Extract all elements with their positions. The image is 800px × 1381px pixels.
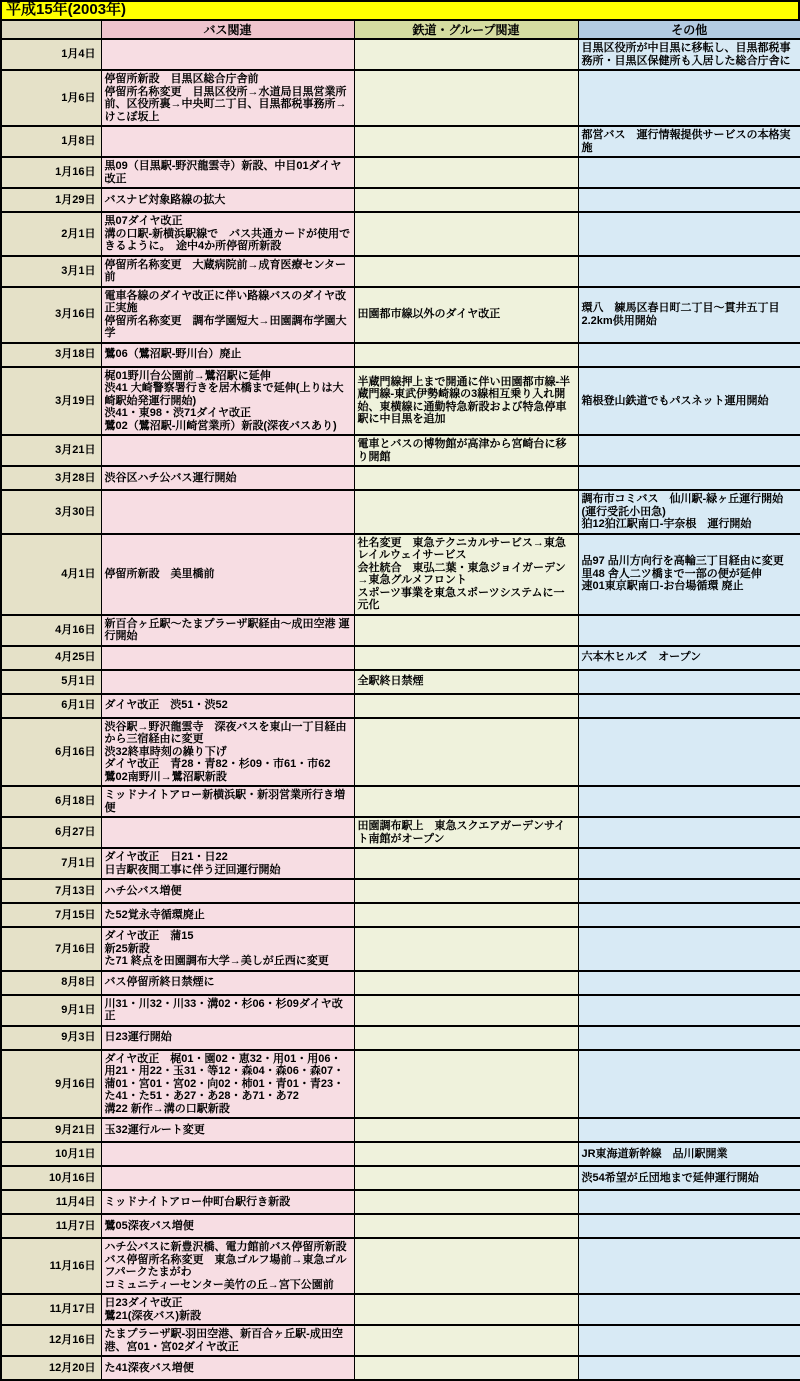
bus-event-cell	[101, 1166, 354, 1190]
table-row: 3月1日 停留所名称変更 大蔵病院前→成育医療センター前	[1, 256, 800, 287]
other-event-cell	[578, 212, 800, 256]
other-event-cell	[578, 1356, 800, 1380]
table-row: 1月8日 都営バス 運行情報提供サービスの本格実施	[1, 126, 800, 157]
rail-event-cell	[354, 1142, 578, 1166]
other-event-cell	[578, 670, 800, 694]
date-cell: 3月30日	[1, 490, 101, 534]
date-cell: 1月4日	[1, 39, 101, 70]
other-event-cell: 品97 品川方向行を高輪三丁目経由に変更 里48 舎人二ツ橋まで一部の便が延伸 …	[578, 534, 800, 615]
other-event-cell: 調布市コミバス 仙川駅-緑ヶ丘運行開始(運行受託小田急) 狛12狛江駅南口-宇奈…	[578, 490, 800, 534]
other-event-cell	[578, 188, 800, 212]
rail-event-cell	[354, 786, 578, 817]
rail-event-cell: 半蔵門線押上まで開通に伴い田園都市線-半蔵門線-東武伊勢崎線の3線相互乗り入れ開…	[354, 367, 578, 436]
bus-event-cell	[101, 435, 354, 466]
rail-event-cell	[354, 879, 578, 903]
bus-event-cell: 梶01野川台公園前→鷺沼駅に延伸 渋41 大崎警察署行きを居木橋まで延伸(上りは…	[101, 367, 354, 436]
other-event-cell	[578, 1294, 800, 1325]
bus-event-cell	[101, 1142, 354, 1166]
page-title: 平成15年(2003年)	[0, 0, 800, 19]
other-event-cell	[578, 1325, 800, 1356]
table-row: 3月30日 調布市コミバス 仙川駅-緑ヶ丘運行開始(運行受託小田急) 狛12狛江…	[1, 490, 800, 534]
bus-event-cell: 黒07ダイヤ改正 溝の口駅-新横浜駅線で バス共通カードが使用できるように。 途…	[101, 212, 354, 256]
table-row: 6月16日 渋谷駅→野沢龍雲寺 深夜バスを東山一丁目経由から三宿経由に変更 渋3…	[1, 718, 800, 787]
rail-event-cell	[354, 212, 578, 256]
table-row: 1月29日 バスナビ対象路線の拡大	[1, 188, 800, 212]
date-cell: 6月16日	[1, 718, 101, 787]
date-cell: 4月16日	[1, 615, 101, 646]
table-row: 11月17日 日23ダイヤ改正 鷺21(深夜バス)新設	[1, 1294, 800, 1325]
rail-event-cell	[354, 646, 578, 670]
bus-event-cell: 停留所新設 目黒区総合庁舎前 停留所名称変更 目黒区役所→水道局目黒営業所前、区…	[101, 70, 354, 126]
other-event-cell	[578, 848, 800, 879]
table-row: 9月1日 川31・川32・川33・溝02・杉06・杉09ダイヤ改正	[1, 995, 800, 1026]
date-cell: 9月1日	[1, 995, 101, 1026]
date-cell: 3月21日	[1, 435, 101, 466]
table-row: 4月16日 新百合ヶ丘駅〜たまプラーザ駅経由〜成田空港 運行開始	[1, 615, 800, 646]
bus-event-cell: バスナビ対象路線の拡大	[101, 188, 354, 212]
other-event-cell	[578, 817, 800, 848]
date-cell: 1月29日	[1, 188, 101, 212]
bus-event-cell: ミッドナイトアロー新横浜駅・新羽営業所行き増便	[101, 786, 354, 817]
other-event-cell	[578, 615, 800, 646]
other-event-cell	[578, 343, 800, 367]
other-event-cell: JR東海道新幹線 品川駅開業	[578, 1142, 800, 1166]
table-row: 4月1日 停留所新設 美里橋前 社名変更 東急テクニカルサービス→東急レイルウェ…	[1, 534, 800, 615]
table-row: 3月21日 電車とバスの博物館が高津から宮崎台に移り開館	[1, 435, 800, 466]
other-event-cell	[578, 466, 800, 490]
rail-event-cell	[354, 903, 578, 927]
date-cell: 3月28日	[1, 466, 101, 490]
date-cell: 7月1日	[1, 848, 101, 879]
rail-event-cell	[354, 1118, 578, 1142]
rail-event-cell	[354, 615, 578, 646]
other-event-cell	[578, 1214, 800, 1238]
other-event-cell	[578, 1118, 800, 1142]
table-row: 3月16日 電車各線のダイヤ改正に伴い路線バスのダイヤ改正実施 停留所名称変更 …	[1, 287, 800, 343]
bus-event-cell: 電車各線のダイヤ改正に伴い路線バスのダイヤ改正実施 停留所名称変更 調布学園短大…	[101, 287, 354, 343]
rail-event-cell	[354, 995, 578, 1026]
table-row: 7月1日 ダイヤ改正 日21・日22 日吉駅夜間工事に伴う迂回運行開始	[1, 848, 800, 879]
other-event-cell: 都営バス 運行情報提供サービスの本格実施	[578, 126, 800, 157]
bus-event-cell: 停留所新設 美里橋前	[101, 534, 354, 615]
bus-event-cell: ダイヤ改正 渋51・渋52	[101, 694, 354, 718]
date-cell: 6月27日	[1, 817, 101, 848]
table-row: 9月16日 ダイヤ改正 梶01・園02・恵32・用01・用06・用21・用22・…	[1, 1050, 800, 1119]
table-row: 7月16日 ダイヤ改正 蒲15 新25新設 た71 終点を田園調布大学→美しが丘…	[1, 927, 800, 971]
header-bus-column: バス関連	[101, 20, 354, 39]
other-event-cell: 六本木ヒルズ オープン	[578, 646, 800, 670]
other-event-cell: 目黒区役所が中目黒に移転し、目黒都税事務所・目黒区保健所も入居した総合庁舎に	[578, 39, 800, 70]
date-cell: 3月16日	[1, 287, 101, 343]
other-event-cell: 箱根登山鉄道でもパスネット運用開始	[578, 367, 800, 436]
other-event-cell	[578, 70, 800, 126]
bus-event-cell: 鷺06（鷺沼駅-野川台）廃止	[101, 343, 354, 367]
date-cell: 9月21日	[1, 1118, 101, 1142]
date-cell: 9月16日	[1, 1050, 101, 1119]
bus-event-cell: ハチ公バス増便	[101, 879, 354, 903]
other-event-cell	[578, 256, 800, 287]
bus-event-cell: 日23ダイヤ改正 鷺21(深夜バス)新設	[101, 1294, 354, 1325]
other-event-cell	[578, 718, 800, 787]
date-cell: 11月16日	[1, 1238, 101, 1294]
other-event-cell	[578, 786, 800, 817]
header-rail-column: 鉄道・グループ関連	[354, 20, 578, 39]
bus-event-cell	[101, 126, 354, 157]
bus-event-cell: 渋谷駅→野沢龍雲寺 深夜バスを東山一丁目経由から三宿経由に変更 渋32終車時刻の…	[101, 718, 354, 787]
table-row: 9月21日 玉32運行ルート変更	[1, 1118, 800, 1142]
timeline-table: バス関連 鉄道・グループ関連 その他 1月4日 目黒区役所が中目黒に移転し、目黒…	[0, 19, 800, 1381]
header-date-column	[1, 20, 101, 39]
rail-event-cell	[354, 343, 578, 367]
date-cell: 12月16日	[1, 1325, 101, 1356]
date-cell: 12月20日	[1, 1356, 101, 1380]
date-cell: 4月25日	[1, 646, 101, 670]
bus-event-cell: 黒09（目黒駅-野沢龍雲寺）新設、中目01ダイヤ改正	[101, 157, 354, 188]
rail-event-cell	[354, 39, 578, 70]
rail-event-cell: 田園都市線以外のダイヤ改正	[354, 287, 578, 343]
bus-event-cell: 新百合ヶ丘駅〜たまプラーザ駅経由〜成田空港 運行開始	[101, 615, 354, 646]
rail-event-cell	[354, 126, 578, 157]
table-row: 8月8日 バス停留所終日禁煙に	[1, 971, 800, 995]
other-event-cell	[578, 1050, 800, 1119]
header-row: バス関連 鉄道・グループ関連 その他	[1, 20, 800, 39]
bus-event-cell: 鷺05深夜バス増便	[101, 1214, 354, 1238]
date-cell: 11月4日	[1, 1190, 101, 1214]
table-row: 1月6日 停留所新設 目黒区総合庁舎前 停留所名称変更 目黒区役所→水道局目黒営…	[1, 70, 800, 126]
bus-event-cell: バス停留所終日禁煙に	[101, 971, 354, 995]
other-event-cell	[578, 971, 800, 995]
bus-event-cell: 川31・川32・川33・溝02・杉06・杉09ダイヤ改正	[101, 995, 354, 1026]
other-event-cell	[578, 1190, 800, 1214]
date-cell: 11月7日	[1, 1214, 101, 1238]
bus-event-cell: ダイヤ改正 梶01・園02・恵32・用01・用06・用21・用22・玉31・等1…	[101, 1050, 354, 1119]
table-row: 12月16日 たまプラーザ駅-羽田空港、新百合ヶ丘駅-成田空港、宮01・宮02ダ…	[1, 1325, 800, 1356]
table-row: 1月4日 目黒区役所が中目黒に移転し、目黒都税事務所・目黒区保健所も入居した総合…	[1, 39, 800, 70]
bus-event-cell	[101, 646, 354, 670]
rail-event-cell	[354, 718, 578, 787]
rail-event-cell	[354, 1294, 578, 1325]
bus-event-cell	[101, 39, 354, 70]
date-cell: 5月1日	[1, 670, 101, 694]
table-row: 5月1日 全駅終日禁煙	[1, 670, 800, 694]
other-event-cell: 環八 練馬区春日町二丁目〜貫井五丁目 2.2km供用開始	[578, 287, 800, 343]
date-cell: 6月1日	[1, 694, 101, 718]
table-row: 3月19日 梶01野川台公園前→鷺沼駅に延伸 渋41 大崎警察署行きを居木橋まで…	[1, 367, 800, 436]
bus-event-cell: 日23運行開始	[101, 1026, 354, 1050]
table-row: 11月16日 ハチ公バスに新豊沢橋、電力館前バス停留所新設 バス停留所名称変更 …	[1, 1238, 800, 1294]
date-cell: 1月16日	[1, 157, 101, 188]
bus-event-cell: たまプラーザ駅-羽田空港、新百合ヶ丘駅-成田空港、宮01・宮02ダイヤ改正	[101, 1325, 354, 1356]
header-other-column: その他	[578, 20, 800, 39]
bus-event-cell	[101, 490, 354, 534]
rail-event-cell	[354, 1190, 578, 1214]
table-row: 4月25日 六本木ヒルズ オープン	[1, 646, 800, 670]
table-row: 6月1日 ダイヤ改正 渋51・渋52	[1, 694, 800, 718]
bus-event-cell: た41深夜バス増便	[101, 1356, 354, 1380]
rail-event-cell	[354, 490, 578, 534]
rail-event-cell	[354, 1238, 578, 1294]
table-row: 12月20日 た41深夜バス増便	[1, 1356, 800, 1380]
date-cell: 6月18日	[1, 786, 101, 817]
rail-event-cell	[354, 694, 578, 718]
bus-event-cell	[101, 670, 354, 694]
rail-event-cell	[354, 188, 578, 212]
rail-event-cell: 社名変更 東急テクニカルサービス→東急レイルウェイサービス 会社統合 東弘二葉・…	[354, 534, 578, 615]
bus-event-cell	[101, 817, 354, 848]
date-cell: 3月19日	[1, 367, 101, 436]
other-event-cell	[578, 995, 800, 1026]
date-cell: 8月8日	[1, 971, 101, 995]
bus-event-cell: ダイヤ改正 日21・日22 日吉駅夜間工事に伴う迂回運行開始	[101, 848, 354, 879]
rail-event-cell	[354, 466, 578, 490]
date-cell: 2月1日	[1, 212, 101, 256]
table-row: 6月27日 田園調布駅上 東急スクエアガーデンサイト南館がオープン	[1, 817, 800, 848]
other-event-cell	[578, 879, 800, 903]
date-cell: 7月15日	[1, 903, 101, 927]
bus-event-cell: 渋谷区ハチ公バス運行開始	[101, 466, 354, 490]
table-row: 10月16日 渋54希望が丘団地まで延伸運行開始	[1, 1166, 800, 1190]
rail-event-cell	[354, 1356, 578, 1380]
table-row: 1月16日 黒09（目黒駅-野沢龍雲寺）新設、中目01ダイヤ改正	[1, 157, 800, 188]
rail-event-cell	[354, 927, 578, 971]
other-event-cell	[578, 927, 800, 971]
table-row: 3月18日 鷺06（鷺沼駅-野川台）廃止	[1, 343, 800, 367]
rail-event-cell	[354, 1166, 578, 1190]
rail-event-cell	[354, 256, 578, 287]
table-row: 2月1日 黒07ダイヤ改正 溝の口駅-新横浜駅線で バス共通カードが使用できるよ…	[1, 212, 800, 256]
bus-event-cell: ミッドナイトアロー仲町台駅行き新設	[101, 1190, 354, 1214]
rail-event-cell	[354, 1050, 578, 1119]
other-event-cell	[578, 1238, 800, 1294]
table-row: 9月3日 日23運行開始	[1, 1026, 800, 1050]
bus-event-cell: た52覚永寺循環廃止	[101, 903, 354, 927]
table-row: 3月28日 渋谷区ハチ公バス運行開始	[1, 466, 800, 490]
timeline-body: 1月4日 目黒区役所が中目黒に移転し、目黒都税事務所・目黒区保健所も入居した総合…	[1, 39, 800, 1380]
table-row: 11月4日 ミッドナイトアロー仲町台駅行き新設	[1, 1190, 800, 1214]
date-cell: 11月17日	[1, 1294, 101, 1325]
date-cell: 3月1日	[1, 256, 101, 287]
other-event-cell	[578, 435, 800, 466]
table-row: 7月13日 ハチ公バス増便	[1, 879, 800, 903]
rail-event-cell	[354, 1026, 578, 1050]
table-row: 10月1日 JR東海道新幹線 品川駅開業	[1, 1142, 800, 1166]
date-cell: 1月8日	[1, 126, 101, 157]
rail-event-cell: 田園調布駅上 東急スクエアガーデンサイト南館がオープン	[354, 817, 578, 848]
bus-event-cell: 玉32運行ルート変更	[101, 1118, 354, 1142]
bus-event-cell: ダイヤ改正 蒲15 新25新設 た71 終点を田園調布大学→美しが丘西に変更	[101, 927, 354, 971]
date-cell: 7月16日	[1, 927, 101, 971]
timeline-sheet: 平成15年(2003年) バス関連 鉄道・グループ関連 その他 1月4日 目黒区…	[0, 0, 800, 1381]
date-cell: 10月16日	[1, 1166, 101, 1190]
rail-event-cell	[354, 971, 578, 995]
date-cell: 1月6日	[1, 70, 101, 126]
other-event-cell	[578, 157, 800, 188]
rail-event-cell	[354, 70, 578, 126]
rail-event-cell: 電車とバスの博物館が高津から宮崎台に移り開館	[354, 435, 578, 466]
bus-event-cell: 停留所名称変更 大蔵病院前→成育医療センター前	[101, 256, 354, 287]
rail-event-cell: 全駅終日禁煙	[354, 670, 578, 694]
table-row: 7月15日 た52覚永寺循環廃止	[1, 903, 800, 927]
date-cell: 10月1日	[1, 1142, 101, 1166]
rail-event-cell	[354, 1325, 578, 1356]
table-row: 6月18日 ミッドナイトアロー新横浜駅・新羽営業所行き増便	[1, 786, 800, 817]
other-event-cell	[578, 903, 800, 927]
date-cell: 3月18日	[1, 343, 101, 367]
date-cell: 9月3日	[1, 1026, 101, 1050]
date-cell: 7月13日	[1, 879, 101, 903]
other-event-cell	[578, 1026, 800, 1050]
rail-event-cell	[354, 157, 578, 188]
date-cell: 4月1日	[1, 534, 101, 615]
table-row: 11月7日 鷺05深夜バス増便	[1, 1214, 800, 1238]
other-event-cell: 渋54希望が丘団地まで延伸運行開始	[578, 1166, 800, 1190]
bus-event-cell: ハチ公バスに新豊沢橋、電力館前バス停留所新設 バス停留所名称変更 東急ゴルフ場前…	[101, 1238, 354, 1294]
rail-event-cell	[354, 848, 578, 879]
other-event-cell	[578, 694, 800, 718]
rail-event-cell	[354, 1214, 578, 1238]
